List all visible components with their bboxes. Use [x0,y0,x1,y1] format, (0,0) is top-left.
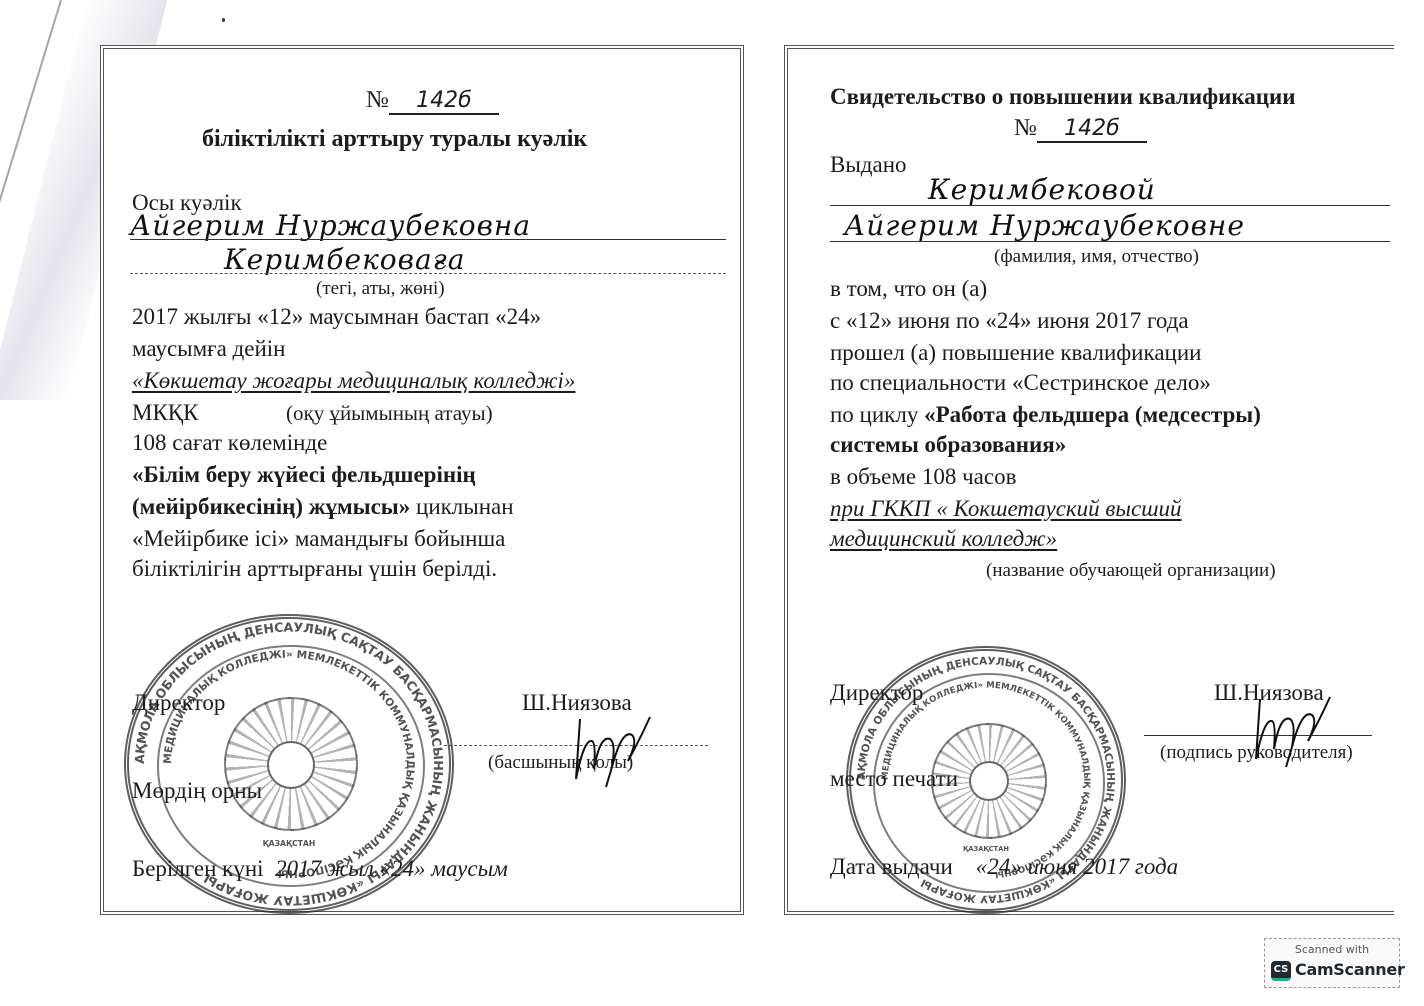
watermark-caption: Scanned with [1265,943,1399,956]
director-signature [1246,689,1336,769]
hours-text: 108 сағат көлемінде [132,429,327,457]
issued-to-label: Выдано [830,151,907,179]
specialty-text: по специальности «Сестринское дело» [830,369,1211,397]
recipient-caption: (тегі, аты, жөні) [316,275,445,303]
scan-speck [222,18,225,22]
russian-certificate-card: Свидетельство о повышении квалификации №… [784,45,1394,915]
official-seal: АҚМОЛА ОБЛЫСЫНЫҢ ДЕНСАУЛЫҚ САҚТАУ БАСҚАР… [124,614,454,914]
period-line1: 2017 жылғы «12» маусымнан бастап «24» [132,303,541,331]
camscanner-watermark: Scanned with CS CamScanner [1264,938,1400,988]
period-line2: маусымға дейін [132,335,285,363]
svg-text:АҚМОЛА ОБЛЫСЫНЫҢ ДЕНСАУЛЫҚ САҚ: АҚМОЛА ОБЛЫСЫНЫҢ ДЕНСАУЛЫҚ САҚТАУ БАСҚАР… [132,620,446,909]
recipient-caption: (фамилия, имя, отчество) [994,243,1199,271]
cycle-line1: по циклу «Работа фельдшера (медсестры) [830,401,1261,429]
organization-type: МКҚК [132,399,198,427]
watermark-brand: CamScanner [1295,960,1405,979]
director-signature [566,709,656,789]
volume-text: в объеме 108 часов [830,463,1016,491]
recipient-handwritten-line1: Керимбековой [928,173,1156,206]
number-value: 142б [389,88,499,115]
svg-text:АҚМОЛА ОБЛЫСЫНЫҢ ДЕНСАУЛЫҚ САҚ: АҚМОЛА ОБЛЫСЫНЫҢ ДЕНСАУЛЫҚ САҚТАУ БАСҚАР… [856,655,1117,904]
certificate-number: №142б [1014,115,1147,143]
official-seal: АҚМОЛА ОБЛЫСЫНЫҢ ДЕНСАУЛЫҚ САҚТАУ БАСҚАР… [846,646,1126,914]
recipient-underline [130,239,726,240]
recipient-underline [830,241,1390,242]
camscanner-logo-icon: CS [1271,961,1291,981]
number-label: № [366,87,389,113]
period-text: с «12» июня по «24» июня 2017 года [830,307,1189,335]
recipient-handwritten-line2: Керимбековаға [224,243,465,276]
cycle-line2-rest: циклынан [410,494,513,519]
recipient-underline [130,273,726,274]
kazakh-certificate-card: №142б біліктілікті арттыру туралы куәлік… [100,45,744,915]
certificate-number: №142б [366,87,499,115]
organization-caption: (оқу ұйымының атауы) [286,399,493,427]
cycle-line2-bold: (мейірбикесінің) жұмысы» [132,494,410,519]
cycle-line2: (мейірбикесінің) жұмысы» циклынан [132,493,514,521]
cycle-prefix: по циклу [830,402,924,427]
organization-line2: медицинский колледж» [830,525,1057,553]
passed-text: прошел (а) повышение квалификации [830,339,1201,367]
number-value: 142б [1037,116,1147,143]
recipient-underline [830,205,1390,206]
that-line: в том, что он (а) [830,275,987,303]
closing-text: біліктілігін арттырғаны үшін берілді. [132,555,497,583]
cycle-line1: «Білім беру жүйесі фельдшерінің [132,461,476,489]
number-label: № [1014,115,1037,141]
seal-emblem-label: ҚАЗАҚСТАН [963,845,1009,853]
certificate-title: Свидетельство о повышении квалификации [830,83,1296,111]
recipient-handwritten-line1: Айгерим Нуржаубековна [130,209,531,242]
seal-outer-text: АҚМОЛА ОБЛЫСЫНЫҢ ДЕНСАУЛЫҚ САҚТАУ БАСҚАР… [856,655,1117,904]
cycle-bold-1: «Работа фельдшера (медсестры) [924,402,1261,427]
seal-text-ring: АҚМОЛА ОБЛЫСЫНЫҢ ДЕНСАУЛЫҚ САҚТАУ БАСҚАР… [851,651,1121,909]
recipient-handwritten-line2: Айгерим Нуржаубековне [844,209,1245,242]
organization-line1: при ГККП « Кокшетауский высший [830,495,1182,523]
specialty-text: «Мейірбике ісі» мамандығы бойынша [132,525,505,553]
certificate-title: біліктілікті арттыру туралы куәлік [202,125,587,153]
organization-caption: (название обучающей организации) [986,557,1276,585]
cycle-line2: системы образования» [830,431,1066,459]
organization-name: «Көкшетау жоғары медициналық колледжі» [132,367,575,395]
seal-emblem-label: ҚАЗАҚСТАН [263,839,316,848]
seal-outer-text: АҚМОЛА ОБЛЫСЫНЫҢ ДЕНСАУЛЫҚ САҚТАУ БАСҚАР… [132,620,446,909]
seal-text-ring: АҚМОЛА ОБЛЫСЫНЫҢ ДЕНСАУЛЫҚ САҚТАУ БАСҚАР… [129,619,449,909]
